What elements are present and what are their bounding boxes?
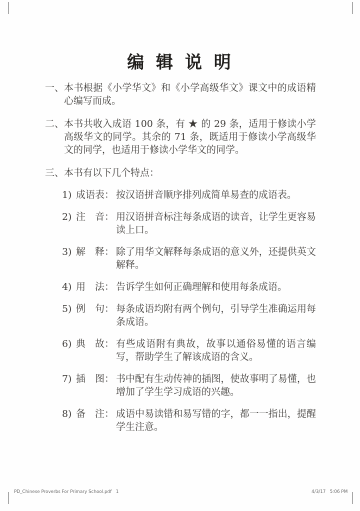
feature-label: 典 故：	[76, 338, 116, 364]
feature-text: 按汉语拼音顺序排列成简单易查的成语表。	[116, 189, 316, 202]
pdf-page: 编 辑 说 明 一、 本书根据《小学华文》和《小学高级华文》课文中的成语精心编写…	[0, 0, 360, 511]
feature-number: 7)	[62, 373, 76, 399]
feature-text: 每条成语均附有两个例句，引导学生准确运用每条成语。	[116, 303, 316, 329]
feature-label: 插 图：	[76, 373, 116, 399]
feature-text: 成语中易读错和易写错的字，都一一指出，提醒学生注意。	[116, 408, 316, 434]
feature-text: 告诉学生如何正确理解和使用每条成语。	[116, 281, 316, 294]
list-item-3: 三、 本书有以下几个特点：	[45, 167, 316, 180]
feature-number: 1)	[62, 189, 76, 202]
feature-item-8: 8) 备 注： 成语中易读错和易写错的字，都一一指出，提醒学生注意。	[62, 408, 316, 434]
feature-number: 8)	[62, 408, 76, 434]
page-content: 编 辑 说 明 一、 本书根据《小学华文》和《小学高级华文》课文中的成语精心编写…	[45, 57, 316, 434]
footer-filename: PD_Chinese Proverbs For Primary School.p…	[14, 489, 119, 494]
feature-list: 1) 成语表： 按汉语拼音顺序排列成简单易查的成语表。 2) 注 音： 用汉语拼…	[62, 189, 316, 434]
item-text: 本书根据《小学华文》和《小学高级华文》课文中的成语精心编写而成。	[64, 82, 316, 108]
feature-text: 除了用华文解释每条成语的意义外，还提供英文解释。	[116, 246, 316, 272]
feature-item-5: 5) 例 句： 每条成语均附有两个例句，引导学生准确运用每条成语。	[62, 303, 316, 329]
feature-text: 书中配有生动传神的插图，使故事明了易懂，也增加了学生学习成语的兴趣。	[116, 373, 316, 399]
footer-timestamp: 4/3/17 5:06 PM	[312, 489, 348, 494]
feature-label: 备 注：	[76, 408, 116, 434]
feature-label: 例 句：	[76, 303, 116, 329]
feature-text: 有些成语附有典故，故事以通俗易懂的语言编写，帮助学生了解该成语的含义。	[116, 338, 316, 364]
feature-item-4: 4) 用 法： 告诉学生如何正确理解和使用每条成语。	[62, 281, 316, 294]
page-footer: PD_Chinese Proverbs For Primary School.p…	[0, 489, 360, 501]
feature-item-2: 2) 注 音： 用汉语拼音标注每条成语的读音，让学生更容易读上口。	[62, 211, 316, 237]
page-title: 编 辑 说 明	[45, 57, 316, 70]
feature-number: 5)	[62, 303, 76, 329]
list-item-1: 一、 本书根据《小学华文》和《小学高级华文》课文中的成语精心编写而成。	[45, 82, 316, 108]
feature-label: 用 法：	[76, 281, 116, 294]
list-item-2: 二、 本书共收入成语 100 条，有 ★ 的 29 条，适用于修读小学高级华文的…	[45, 118, 316, 157]
feature-number: 4)	[62, 281, 76, 294]
feature-item-6: 6) 典 故： 有些成语附有典故，故事以通俗易懂的语言编写，帮助学生了解该成语的…	[62, 338, 316, 364]
crop-mark-top-left	[8, 2, 9, 14]
feature-number: 6)	[62, 338, 76, 364]
feature-label: 注 音：	[76, 211, 116, 237]
item-marker: 一、	[45, 82, 64, 108]
feature-number: 3)	[62, 246, 76, 272]
feature-text: 用汉语拼音标注每条成语的读音，让学生更容易读上口。	[116, 211, 316, 237]
feature-item-7: 7) 插 图： 书中配有生动传神的插图，使故事明了易懂，也增加了学生学习成语的兴…	[62, 373, 316, 399]
feature-label: 解 释：	[76, 246, 116, 272]
feature-item-1: 1) 成语表： 按汉语拼音顺序排列成简单易查的成语表。	[62, 189, 316, 202]
item-text: 本书有以下几个特点：	[64, 167, 316, 180]
item-text: 本书共收入成语 100 条，有 ★ 的 29 条，适用于修读小学高级华文的同学。…	[64, 118, 316, 157]
item-marker: 二、	[45, 118, 64, 157]
item-marker: 三、	[45, 167, 64, 180]
crop-mark-top-right	[352, 2, 353, 14]
feature-item-3: 3) 解 释： 除了用华文解释每条成语的意义外，还提供英文解释。	[62, 246, 316, 272]
feature-number: 2)	[62, 211, 76, 237]
feature-label: 成语表：	[76, 189, 116, 202]
